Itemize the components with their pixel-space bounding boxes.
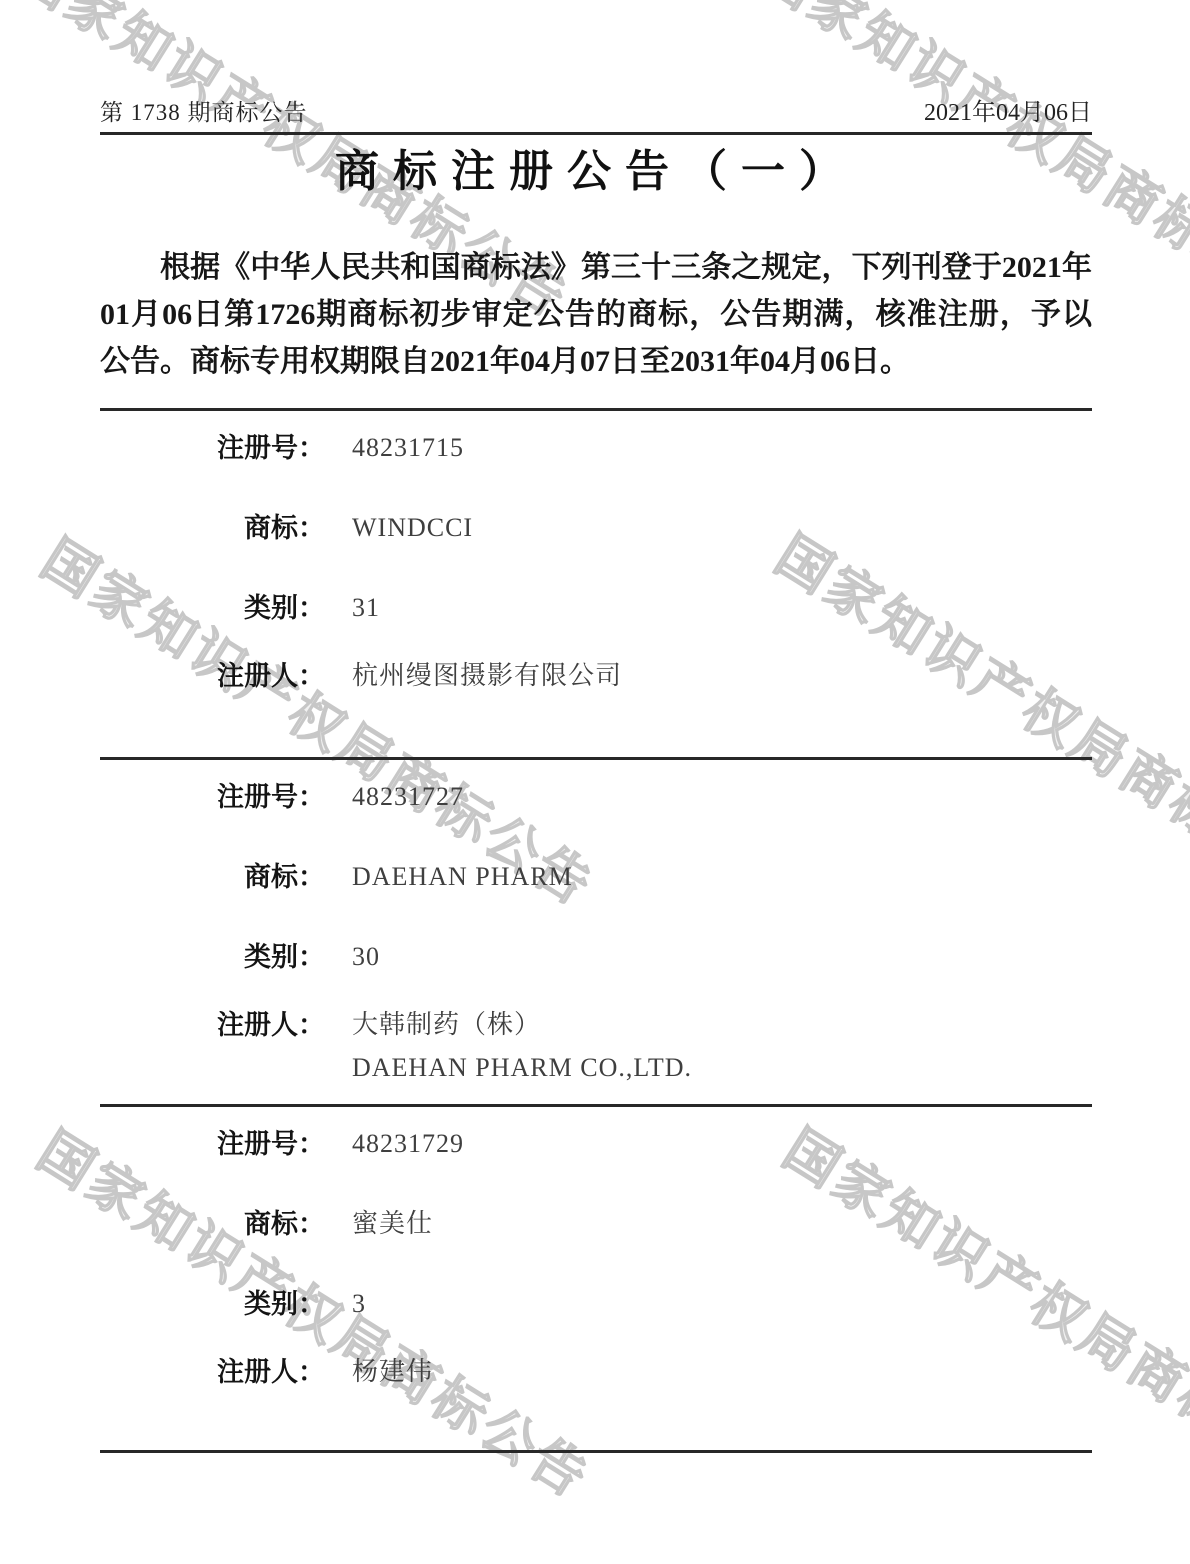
category-row: 类别： 30: [100, 940, 1092, 974]
reg-no-label: 注册号：: [100, 431, 325, 465]
reg-no-value: 48231729: [352, 1127, 464, 1161]
registrant-line: 杨建伟: [352, 1355, 433, 1389]
trademark-row: 商标： WINDCCI: [100, 511, 1092, 545]
reg-no-label: 注册号：: [100, 1127, 325, 1161]
reg-no-row: 注册号： 48231729: [100, 1127, 1092, 1161]
page-content: 第 1738 期商标公告 2021年04月06日 商标注册公告（一） 根据《中华…: [0, 0, 1190, 1453]
registrant-value: 杭州缦图摄影有限公司: [352, 659, 622, 693]
trademark-entry-2: 注册号： 48231727 商标： DAEHAN PHARM 类别： 30 注册…: [100, 760, 1092, 1104]
intro-paragraph: 根据《中华人民共和国商标法》第三十三条之规定，下列刊登于2021年 01月06日…: [100, 244, 1092, 385]
trademark-label: 商标：: [100, 860, 325, 894]
category-label: 类别：: [100, 940, 325, 974]
category-label: 类别：: [100, 591, 325, 625]
registrant-value: 杨建伟: [352, 1355, 433, 1389]
issue-date: 2021年04月06日: [924, 98, 1092, 128]
registrant-line: 杭州缦图摄影有限公司: [352, 659, 622, 693]
category-row: 类别： 31: [100, 591, 1092, 625]
trademark-label: 商标：: [100, 1207, 325, 1241]
trademark-value: 蜜美仕: [352, 1207, 433, 1241]
category-value: 31: [352, 591, 380, 625]
reg-no-value: 48231727: [352, 780, 464, 814]
category-label: 类别：: [100, 1287, 325, 1321]
trademark-entry-3: 注册号： 48231729 商标： 蜜美仕 类别： 3 注册人： 杨建伟: [100, 1107, 1092, 1450]
trademark-label: 商标：: [100, 511, 325, 545]
intro-line-2: 01月06日第1726期商标初步审定公告的商标，公告期满，核准注册，予以: [100, 291, 1092, 338]
registrant-line-cn: 大韩制药（株）: [352, 1008, 692, 1042]
gazette-page: 国家知识产权局商标公告 国家知识产权局商标公告 国家知识产权局商标公告 国家知识…: [0, 0, 1190, 1564]
category-value: 30: [352, 940, 380, 974]
page-title: 商标注册公告（一）: [100, 145, 1092, 199]
registrant-line-en: DAEHAN PHARM CO.,LTD.: [352, 1051, 692, 1085]
reg-no-row: 注册号： 48231727: [100, 780, 1092, 814]
reg-no-label: 注册号：: [100, 780, 325, 814]
registrant-label: 注册人：: [100, 659, 325, 693]
reg-no-value: 48231715: [352, 431, 464, 465]
intro-line-3: 公告。商标专用权期限自2021年04月07日至2031年04月06日。: [100, 338, 1092, 385]
trademark-entry-1: 注册号： 48231715 商标： WINDCCI 类别： 31 注册人： 杭州…: [100, 411, 1092, 757]
category-value: 3: [352, 1287, 366, 1321]
trademark-row: 商标： 蜜美仕: [100, 1207, 1092, 1241]
trademark-value: DAEHAN PHARM: [352, 860, 573, 894]
intro-line-1: 根据《中华人民共和国商标法》第三十三条之规定，下列刊登于2021年: [100, 244, 1092, 291]
registrant-label: 注册人：: [100, 1008, 325, 1042]
trademark-value: WINDCCI: [352, 511, 473, 545]
page-header: 第 1738 期商标公告 2021年04月06日: [100, 98, 1092, 128]
reg-no-row: 注册号： 48231715: [100, 431, 1092, 465]
registrant-value: 大韩制药（株） DAEHAN PHARM CO.,LTD.: [352, 1008, 692, 1085]
registrant-row: 注册人： 杭州缦图摄影有限公司: [100, 659, 1092, 693]
registrant-row: 注册人： 杨建伟: [100, 1355, 1092, 1389]
issue-number-label: 第 1738 期商标公告: [100, 98, 308, 128]
category-row: 类别： 3: [100, 1287, 1092, 1321]
trademark-row: 商标： DAEHAN PHARM: [100, 860, 1092, 894]
bottom-rule: [100, 1450, 1092, 1453]
registrant-label: 注册人：: [100, 1355, 325, 1389]
registrant-row: 注册人： 大韩制药（株） DAEHAN PHARM CO.,LTD.: [100, 1008, 1092, 1085]
header-rule: [100, 132, 1092, 135]
